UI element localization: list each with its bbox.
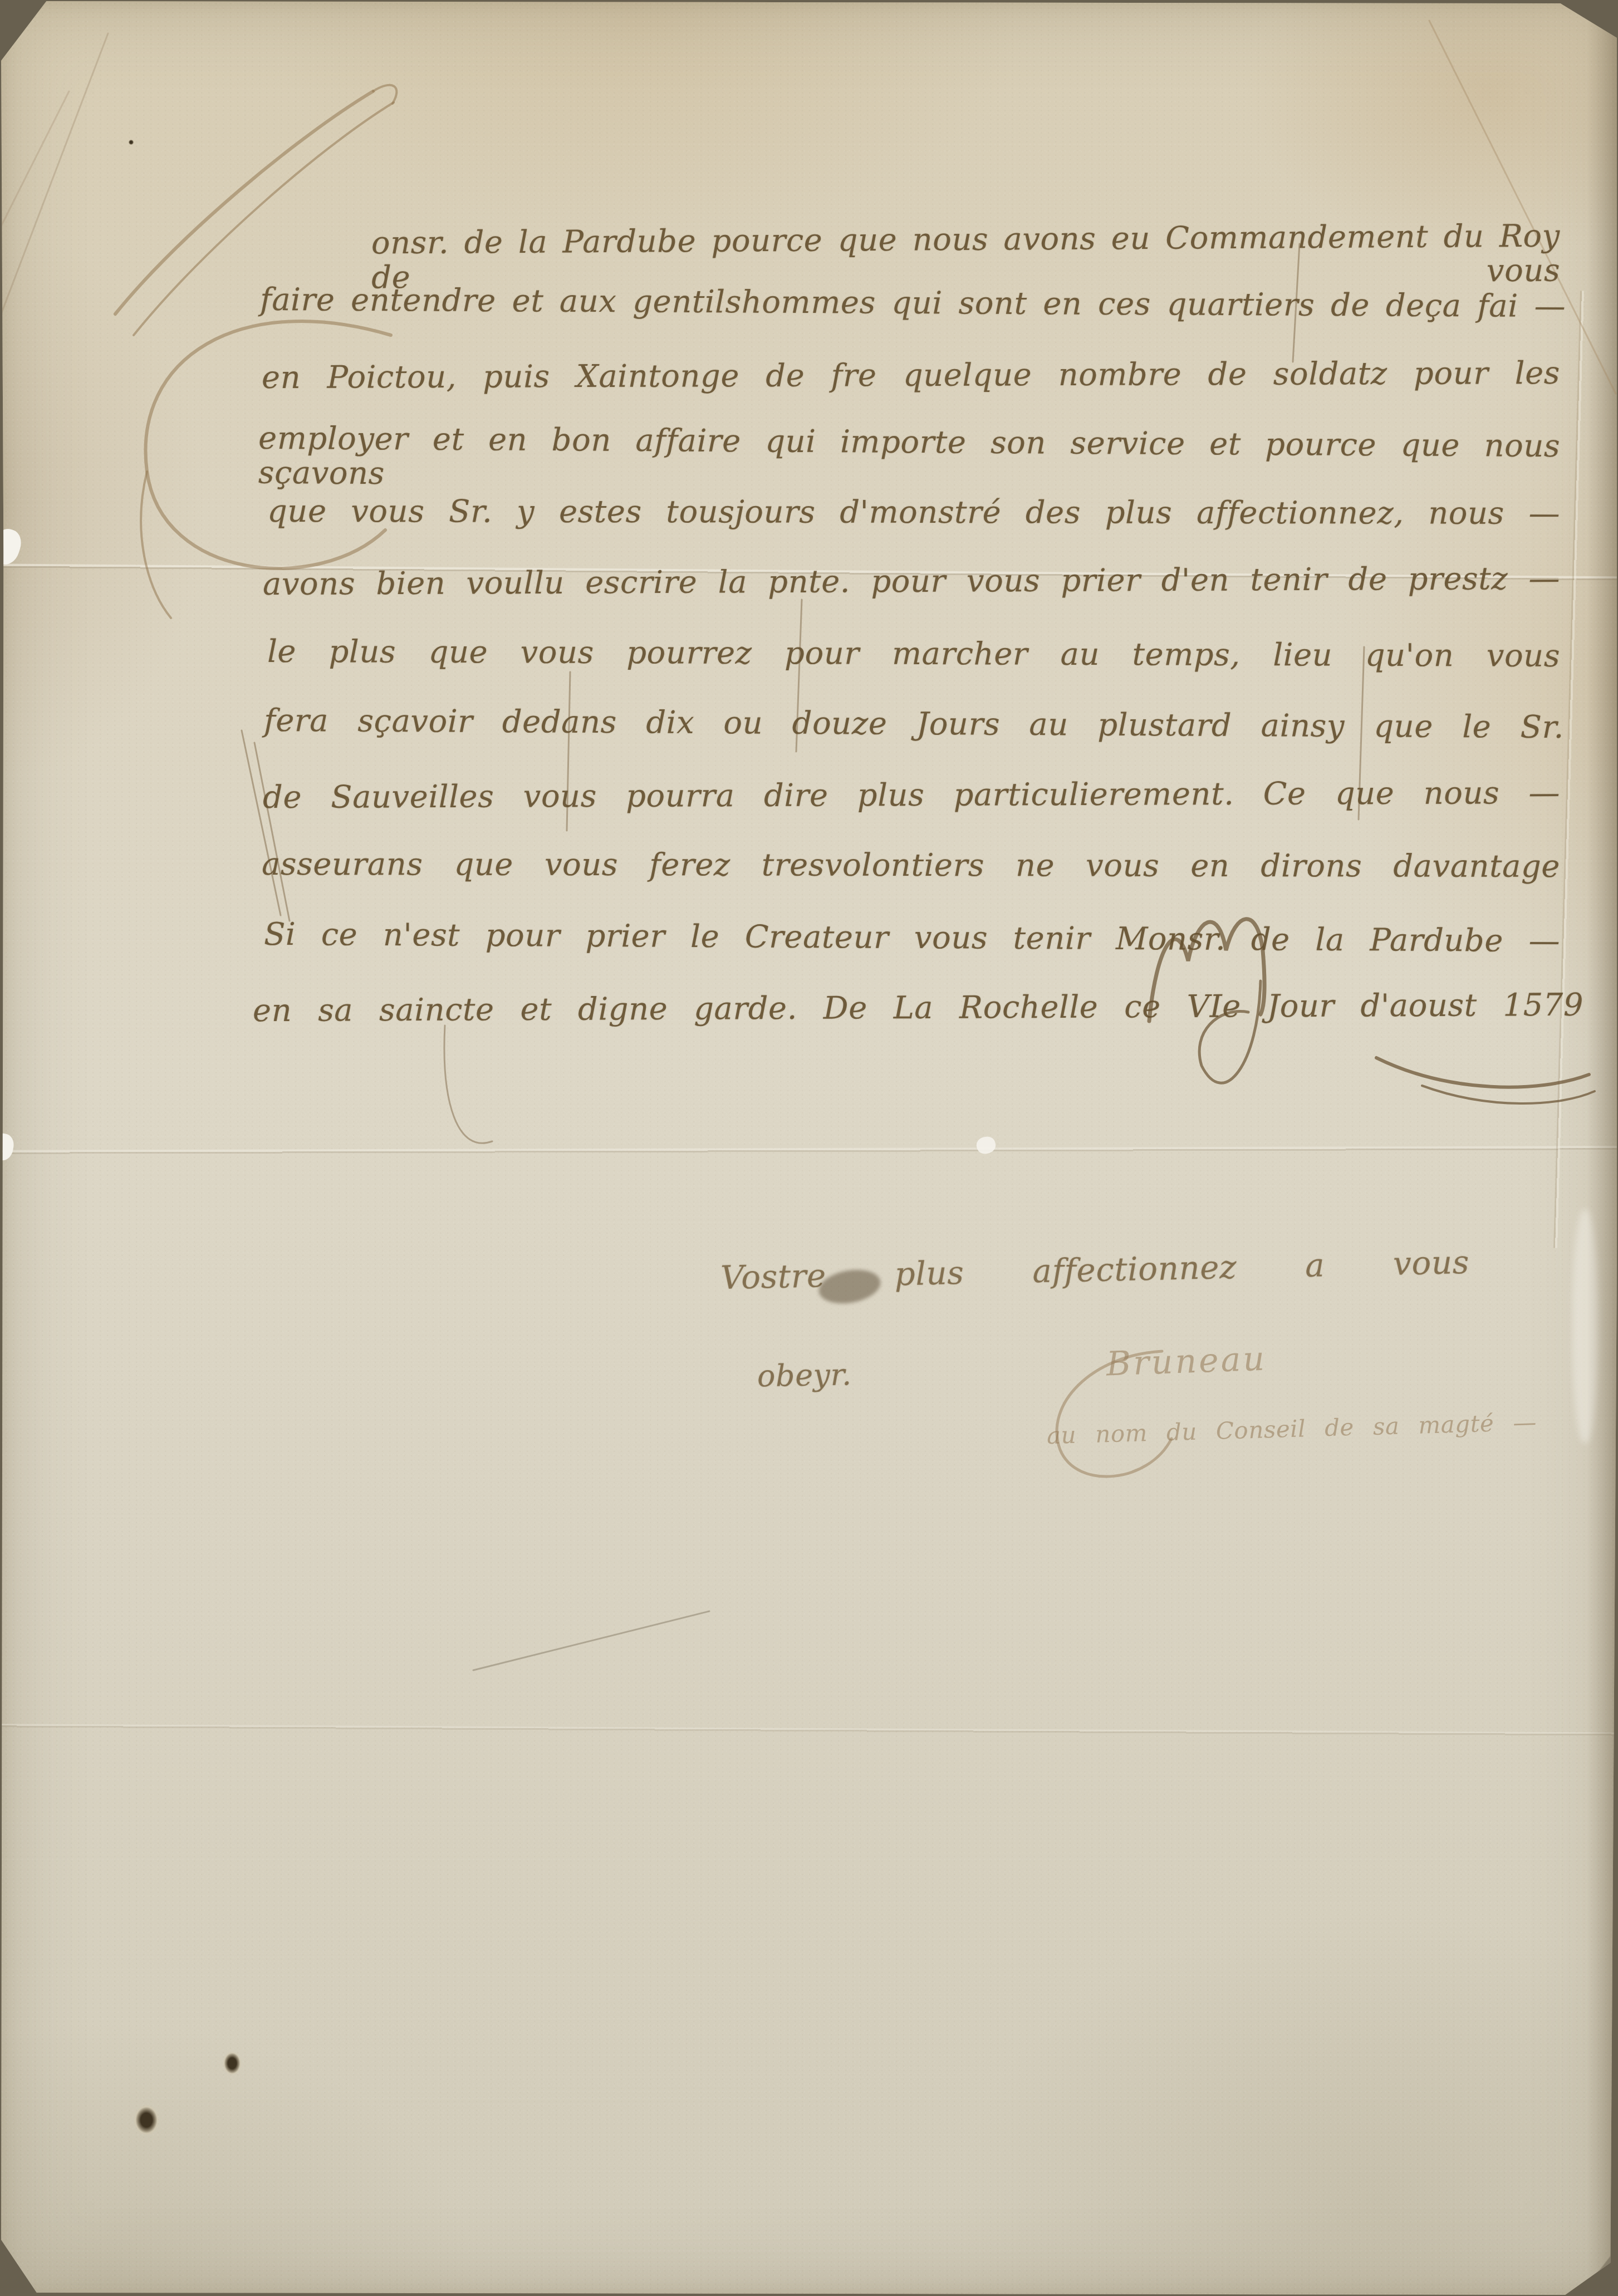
wormhole-1 — [223, 2051, 242, 2076]
valediction: Vostre plus affectionnez a vous — [720, 1245, 1469, 1296]
manuscript-line-2: faire entendre et aux gentilshommes qui … — [260, 283, 1566, 324]
fold-crease-horizontal-2 — [0, 1146, 1618, 1156]
paper-sheet: onsr. de la Pardube pource que nous avon… — [1, 1, 1617, 2295]
manuscript-line-6: avons bien voullu escrire la pnte. pour … — [263, 562, 1560, 602]
manuscript-line-9: de Sauveilles vous pourra dire plus part… — [263, 776, 1560, 815]
fold-tear-notch-mid — [975, 1135, 997, 1155]
manuscript-line-3: en Poictou, puis Xaintonge de fre quelqu… — [262, 356, 1560, 395]
date-paraph — [1376, 1058, 1595, 1103]
signature-subscript: au nom du Conseil de sa magté — — [1047, 1410, 1537, 1449]
corner-shade-bottom-right — [1528, 2217, 1617, 2295]
initial-flourish — [115, 85, 396, 618]
corner-shade-top-right — [1539, 1, 1617, 79]
fold-crease-horizontal-3 — [0, 1724, 1618, 1738]
wormhole-2 — [134, 2104, 159, 2136]
right-edge-shadow — [1587, 1, 1617, 2295]
manuscript-line-10: asseurans que vous ferez tresvolontiers … — [262, 847, 1560, 884]
closing-word: obeyr. — [757, 1357, 903, 1393]
signature-name: Bruneau — [1106, 1338, 1346, 1383]
manuscript-line-7: le plus que vous pourrez pour marcher au… — [267, 635, 1560, 674]
manuscript-line-8: fera sçavoir dedans dix ou douze Jours a… — [264, 704, 1564, 745]
manuscript-line-12: en sa saincte et digne garde. De La Roch… — [253, 988, 1583, 1028]
manuscript-line-11: Si ce n'est pour prier le Createur vous … — [264, 918, 1560, 959]
manuscript-line-4: employer et en bon affaire qui importe s… — [258, 421, 1561, 498]
ink-fleck — [128, 139, 134, 145]
fold-tear-notch-left-1 — [0, 526, 25, 568]
corner-shade-top-left — [1, 1, 85, 112]
fold-highlight-right — [1572, 1209, 1598, 1443]
photo-stage: onsr. de la Pardube pource que nous avon… — [0, 0, 1618, 2296]
manuscript-line-5: que vous Sr. y estes tousjours d'monstré… — [267, 494, 1560, 531]
fold-tear-notch-left-2 — [0, 1132, 16, 1162]
corner-shade-bottom-left — [1, 2206, 68, 2295]
paper-grain — [1, 1, 1617, 2295]
